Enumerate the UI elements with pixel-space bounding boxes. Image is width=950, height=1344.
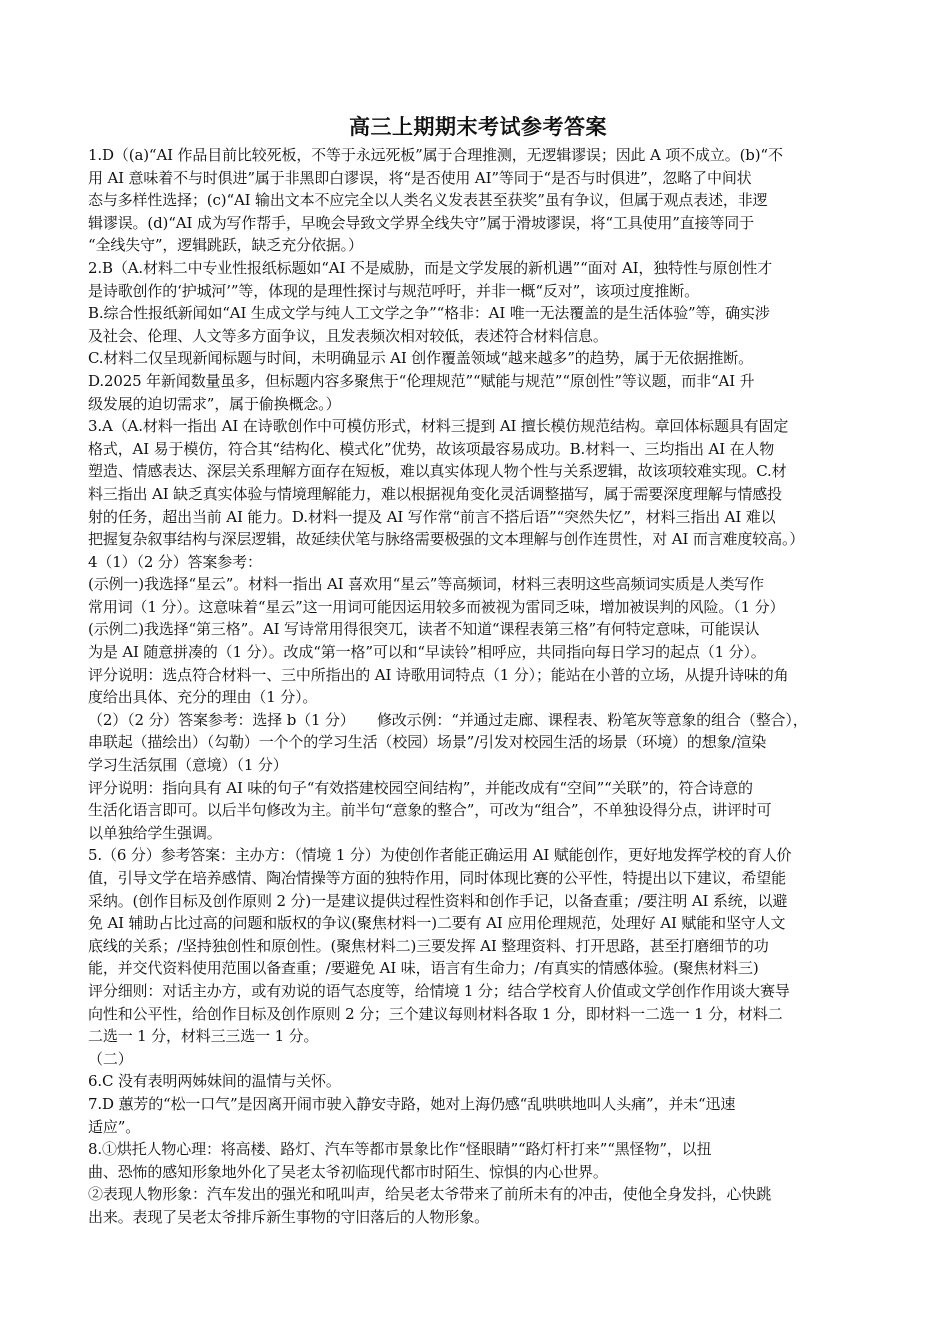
text-line: 常用词（1 分）。这意味着“星云”这一用词可能因运用较多而被视为雷同乏味，增加被… xyxy=(88,596,868,619)
text-line: “全线失守”，逻辑跳跃，缺乏充分依据。） xyxy=(88,234,868,257)
text-line: B.综合性报纸新闻如“AI 生成文学与纯人工文学之争”“格非：AI 唯一无法覆盖… xyxy=(88,302,868,325)
text-line: 把握复杂叙事结构与深层逻辑，故延续伏笔与脉络需要极强的文本理解与创作连贯性，对 … xyxy=(88,528,868,551)
text-line: (示例一)我选择“星云”。材料一指出 AI 喜欢用“星云”等高频词，材料三表明这… xyxy=(88,573,868,596)
text-line: 采纳。(创作目标及创作原则 2 分)一是建议提供过程性资料和创作手记，以备查重；… xyxy=(88,890,868,913)
text-line: D.2025 年新闻数量虽多，但标题内容多聚焦于“伦理规范”“赋能与规范”“原创… xyxy=(88,370,868,393)
text-line: 1.D（(a)“AI 作品目前比较死板，不等于永远死板”属于合理推测，无逻辑谬误… xyxy=(88,144,868,167)
text-line: 评分说明：选点符合材料一、三中所指出的 AI 诗歌用词特点（1 分）；能站在小普… xyxy=(88,664,868,687)
text-line: 为是 AI 随意拼凑的（1 分）。改成“第一格”可以和“早读铃”相呼应，共同指向… xyxy=(88,641,868,664)
text-line: 态与多样性选择；(c)“AI 输出文本不应完全以人类名义发表甚至获奖”虽有争议，… xyxy=(88,189,868,212)
text-line: 塑造、情感表达、深层关系理解方面存在短板，难以真实体现人物个性与关系逻辑，故该项… xyxy=(88,460,868,483)
text-line: （二） xyxy=(88,1048,868,1071)
text-line: 用 AI 意味着不与时俱进”属于非黑即白谬误，将“是否使用 AI”等同于“是否与… xyxy=(88,167,868,190)
text-line: 底线的关系；/坚持独创性和原创性。(聚焦材料二)三要发挥 AI 整理资料、打开思… xyxy=(88,935,868,958)
text-line: 曲、恐怖的感知形象地外化了吴老太爷初临现代都市时陌生、惊惧的内心世界。 xyxy=(88,1161,868,1184)
text-line: 是诗歌创作的‘护城河’”等，体现的是理性探讨与规范呼吁，并非一概“反对”，该项过… xyxy=(88,280,868,303)
text-line: 格式，AI 易于模仿，符合其“结构化、模式化”优势，故该项最容易成功。B.材料一… xyxy=(88,438,868,461)
text-line: 评分说明：指向具有 AI 味的句子“有效搭建校园空间结构”，并能改成有“空间”“… xyxy=(88,777,868,800)
text-line: 料三指出 AI 缺乏真实体验与情境理解能力，难以根据视角变化灵活调整描写，属于需… xyxy=(88,483,868,506)
text-line: 级发展的迫切需求”，属于偷换概念。） xyxy=(88,393,868,416)
text-line: （2）（2 分）答案参考：选择 b（1 分） 修改示例：“并通过走廊、课程表、粉… xyxy=(88,709,868,732)
document-title: 高三上期期末考试参考答案 xyxy=(88,112,868,142)
text-line: 向性和公平性，给创作目标及创作原则 2 分；三个建议每则材料各取 1 分，即材料… xyxy=(88,1003,868,1026)
answer-document: 高三上期期末考试参考答案 1.D（(a)“AI 作品目前比较死板，不等于永远死板… xyxy=(88,112,868,1229)
text-line: 6.C 没有表明两姊妹间的温情与关怀。 xyxy=(88,1070,868,1093)
text-line: 7.D 蕙芳的“松一口气”是因离开闹市驶入静安寺路，她对上海仍感“乱哄哄地叫人头… xyxy=(88,1093,868,1116)
text-line: 免 AI 辅助占比过高的问题和版权的争议(聚焦材料一)二要有 AI 应用伦理规范… xyxy=(88,912,868,935)
answer-body: 1.D（(a)“AI 作品目前比较死板，不等于永远死板”属于合理推测，无逻辑谬误… xyxy=(88,144,868,1229)
text-line: 适应”。 xyxy=(88,1116,868,1139)
text-line: 出来。表现了吴老太爷排斥新生事物的守旧落后的人物形象。 xyxy=(88,1206,868,1229)
text-line: 射的任务，超出当前 AI 能力。D.材料一提及 AI 写作常“前言不搭后语”“突… xyxy=(88,506,868,529)
text-line: 及社会、伦理、人文等多方面争议，且发表频次相对较低，表述符合材料信息。 xyxy=(88,325,868,348)
text-line: ②表现人物形象：汽车发出的强光和吼叫声，给吴老太爷带来了前所未有的冲击，使他全身… xyxy=(88,1183,868,1206)
text-line: (示例二)我选择“第三格”。AI 写诗常用得很突兀，读者不知道“课程表第三格”有… xyxy=(88,618,868,641)
text-line: C.材料二仅呈现新闻标题与时间，未明确显示 AI 创作覆盖领域“越来越多”的趋势… xyxy=(88,347,868,370)
text-line: 二选一 1 分，材料三三选一 1 分。 xyxy=(88,1025,868,1048)
text-line: 值，引导文学在培养感情、陶冶情操等方面的独特作用，同时体现比赛的公平性，特提出以… xyxy=(88,867,868,890)
text-line: 5.（6 分）参考答案：主办方：（情境 1 分）为使创作者能正确运用 AI 赋能… xyxy=(88,844,868,867)
text-line: 8.①烘托人物心理：将高楼、路灯、汽车等都市景象比作“怪眼睛”“路灯杆打来”“黑… xyxy=(88,1138,868,1161)
text-line: 生活化语言即可。以后半句修改为主。前半句“意象的整合”，可改为“组合”，不单独设… xyxy=(88,799,868,822)
text-line: 以单独给学生强调。 xyxy=(88,822,868,845)
text-line: 能，并交代资料使用范围以备查重；/要避免 AI 味，语言有生命力；/有真实的情感… xyxy=(88,957,868,980)
text-line: 2.B（A.材料二中专业性报纸标题如“AI 不是威胁，而是文学发展的新机遇”“面… xyxy=(88,257,868,280)
text-line: 串联起（描绘出）（勾勒）一个个的学习生活（校园）场景”/引发对校园生活的场景（环… xyxy=(88,731,868,754)
text-line: 学习生活氛围（意境）（1 分） xyxy=(88,754,868,777)
text-line: 4（1）（2 分）答案参考： xyxy=(88,551,868,574)
text-line: 度给出具体、充分的理由（1 分）。 xyxy=(88,686,868,709)
text-line: 3.A（A.材料一指出 AI 在诗歌创作中可模仿形式，材料三提到 AI 擅长模仿… xyxy=(88,415,868,438)
text-line: 评分细则：对话主办方，或有劝说的语气态度等，给情境 1 分；结合学校育人价值或文… xyxy=(88,980,868,1003)
text-line: 辑谬误。(d)“AI 成为写作帮手，早晚会导致文学界全线失守”属于滑坡谬误，将“… xyxy=(88,212,868,235)
